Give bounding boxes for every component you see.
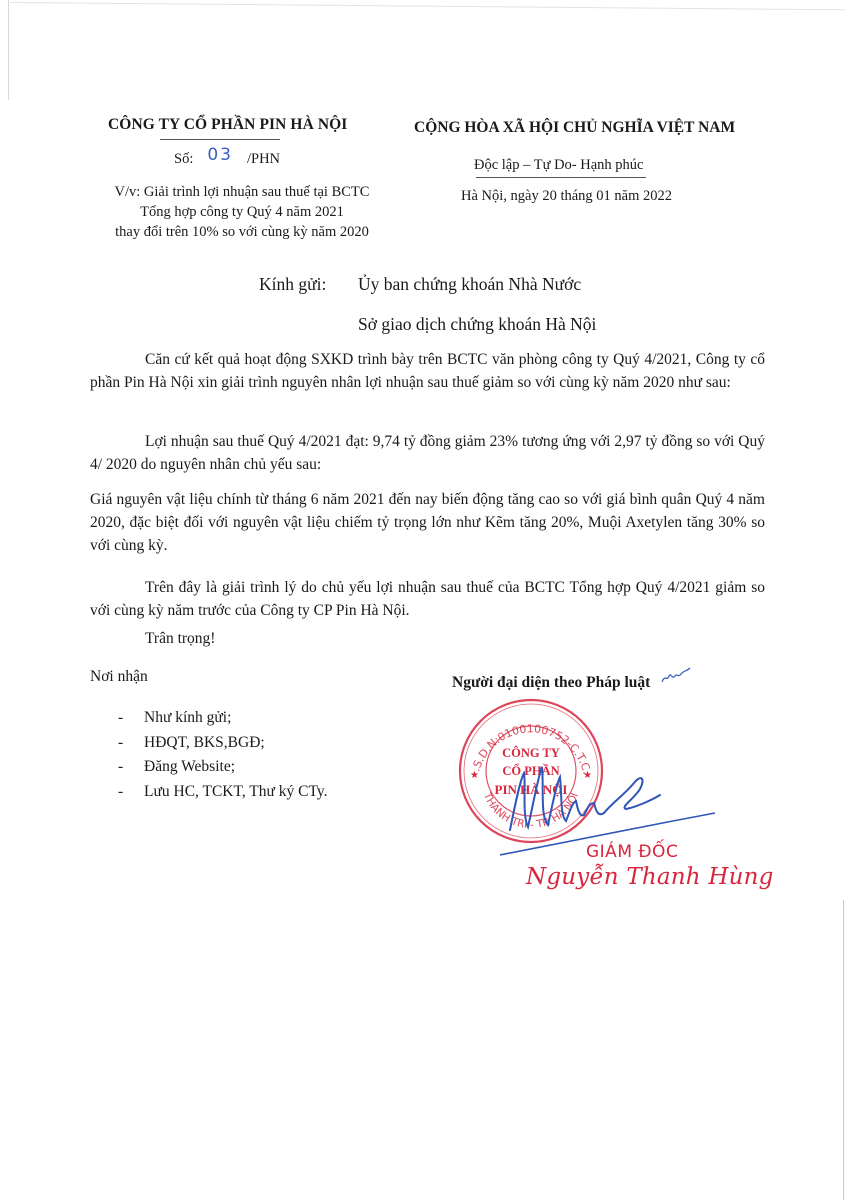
list-item: -HĐQT, BKS,BGĐ;	[118, 731, 328, 756]
addressee-recipient: Sở giao dịch chứng khoán Hà Nội	[358, 314, 596, 335]
signer-name: Nguyễn Thanh Hùng	[526, 864, 774, 890]
national-motto: Độc lập – Tự Do- Hạnh phúc	[474, 157, 643, 174]
body-paragraph: Giá nguyên vật liệu chính từ tháng 6 năm…	[90, 488, 765, 557]
company-name: CÔNG TY CỔ PHẦN PIN HÀ NỘI	[108, 116, 347, 134]
signer-position: GIÁM ĐỐC	[586, 842, 678, 862]
list-item: -Như kính gửi;	[118, 706, 328, 731]
scan-edge-left	[8, 0, 9, 100]
document-number: Số:03/PHN	[174, 148, 280, 168]
list-item: -Đăng Website;	[118, 755, 328, 780]
scan-edge-top	[10, 2, 845, 10]
body-paragraph: Lợi nhuận sau thuế Quý 4/2021 đạt: 9,74 …	[90, 430, 765, 476]
addressee-recipient: Ủy ban chứng khoán Nhà Nước	[358, 274, 581, 295]
body-paragraph: Căn cứ kết quả hoạt động SXKD trình bày …	[90, 348, 765, 394]
recipients-list: -Như kính gửi; -HĐQT, BKS,BGĐ; -Đăng Web…	[118, 706, 328, 804]
list-item: -Lưu HC, TCKT, Thư ký CTy.	[118, 780, 328, 805]
subject: V/v: Giải trình lợi nhuận sau thuế tại B…	[92, 182, 392, 242]
addressee-label: Kính gửi:	[259, 274, 326, 295]
scan-edge-right	[843, 900, 844, 1200]
svg-text:★: ★	[470, 770, 479, 781]
closing: Trân trọng!	[145, 630, 215, 648]
number-suffix: /PHN	[247, 151, 280, 167]
subject-line: Tổng hợp công ty Quý 4 năm 2021	[92, 202, 392, 222]
subject-line: thay đổi trên 10% so với cùng kỳ năm 202…	[92, 222, 392, 242]
place-date: Hà Nội, ngày 20 tháng 01 năm 2022	[461, 188, 672, 205]
body-paragraph: Trên đây là giải trình lý do chủ yếu lợi…	[90, 576, 765, 622]
initials-mark	[660, 664, 700, 688]
motto-underline	[476, 177, 646, 178]
national-title: CỘNG HÒA XÃ HỘI CHỦ NGHĨA VIỆT NAM	[414, 119, 735, 137]
recipients-title: Nơi nhận	[90, 668, 148, 686]
company-underline	[160, 139, 280, 140]
number-label: Số:	[174, 151, 193, 167]
subject-line: V/v: Giải trình lợi nhuận sau thuế tại B…	[92, 182, 392, 202]
representative-title: Người đại diện theo Pháp luật	[452, 674, 650, 692]
number-value: 03	[207, 145, 233, 165]
